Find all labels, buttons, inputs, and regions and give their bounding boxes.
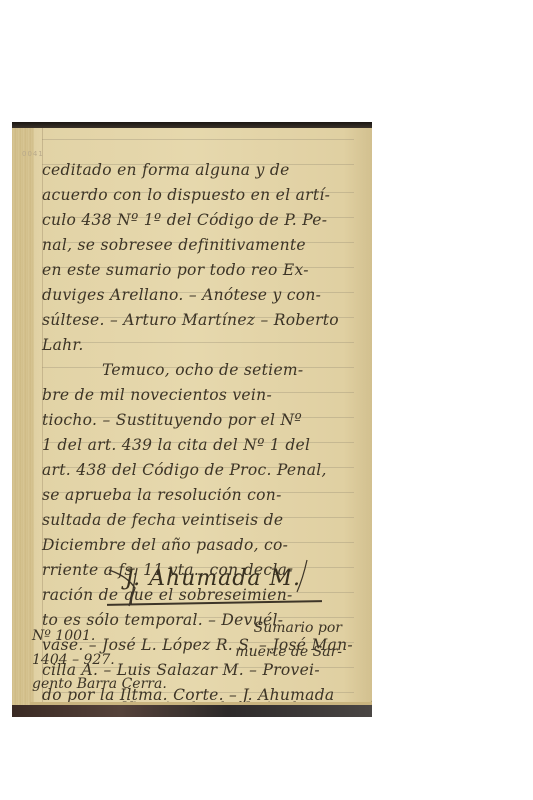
body-line: en este sumario por todo reo Ex- <box>42 258 342 283</box>
signature-name: J. Ahumada M. <box>125 566 301 591</box>
signature: J. Ahumada M. <box>107 558 327 608</box>
case-subject-line: Sumario por <box>235 616 342 640</box>
body-line: Diciembre del año pasado, co- <box>42 533 342 558</box>
body-line: art. 438 del Código de Proc. Penal, <box>42 458 342 483</box>
body-line: nal, se sobresee definitivamente <box>42 233 342 258</box>
folio-stamp: 0041 <box>22 150 44 158</box>
case-subject-note: Sumario por muerte de Sar- <box>235 616 342 664</box>
body-line: sultada de fecha veintiseis de <box>42 508 342 533</box>
body-line: culo 438 Nº 1º del Código de P. Pe- <box>42 208 342 233</box>
case-subject-line: muerte de Sar- <box>235 640 342 664</box>
body-line: acuerdo con lo dispuesto en el artí- <box>42 183 342 208</box>
body-line: 1 del art. 439 la cita del Nº 1 del <box>42 433 342 458</box>
body-line: duviges Arellano. – Anótese y con- <box>42 283 342 308</box>
body-line: tiocho. – Sustituyendo por el Nº <box>42 408 342 433</box>
case-date-code: 1404 – 927. <box>32 648 167 672</box>
case-number-note: Nº 1001. 1404 – 927. gento Barra Cerra. <box>32 624 167 696</box>
case-number: Nº 1001. <box>32 624 167 648</box>
page-stack-edge <box>12 128 34 706</box>
body-line: bre de mil novecientos vein- <box>42 383 342 408</box>
body-line: ceditado en forma alguna y de <box>42 158 342 183</box>
background-surface <box>12 705 372 717</box>
body-line-paragraph-start: Temuco, ocho de setiem- <box>42 358 342 383</box>
document-scan: 0041 ceditado en forma alguna y de acuer… <box>12 122 372 717</box>
body-line: Lahr. <box>42 333 342 358</box>
body-line: súltese. – Arturo Martínez – Roberto <box>42 308 342 333</box>
ledger-page: 0041 ceditado en forma alguna y de acuer… <box>12 128 372 706</box>
case-party: gento Barra Cerra. <box>32 672 167 696</box>
body-line: se aprueba la resolución con- <box>42 483 342 508</box>
